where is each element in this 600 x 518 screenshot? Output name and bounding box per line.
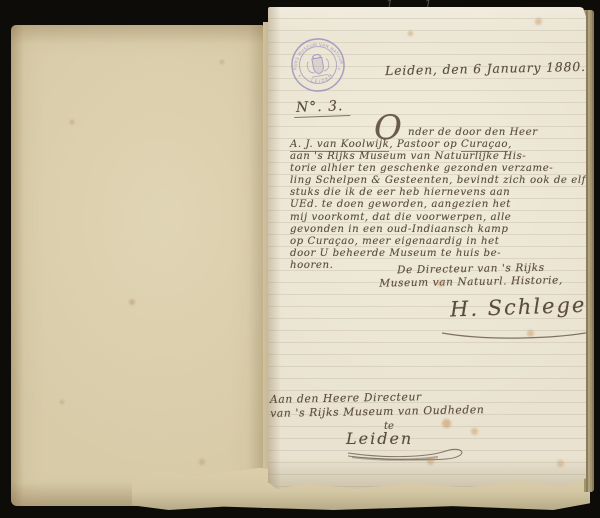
- opening-text: nder de door den Heer: [408, 127, 538, 138]
- letter-body: O nder de door den Heer A. J. van Koolwi…: [290, 115, 586, 272]
- blank-verso-page: [11, 25, 263, 506]
- city-underline-flourish: [328, 447, 478, 465]
- addressee-place: Curaçao: [461, 139, 508, 152]
- closing: De Directeur van 's Rijks Museum van Nat…: [364, 261, 578, 291]
- body-line: torie alhier ten geschenke gezonden verz…: [290, 163, 586, 175]
- stamp-bottom-text: LEIDEN: [308, 71, 336, 87]
- svg-text:LEIDEN: LEIDEN: [308, 71, 336, 87]
- address-block: Aan den Heere Directeur van 's Rijks Mus…: [270, 389, 485, 421]
- closing-line: Museum van Natuurl. Historie,: [364, 274, 578, 291]
- scanned-letter-photo: 1 1 RIJKS MUSEUM VAN NATUURLIJKE HISTORI…: [0, 0, 600, 518]
- foxing-spots: [408, 31, 413, 36]
- address-line: van 's Rijks Museum van Oudheden: [270, 403, 485, 421]
- dateline: Leiden, den 6 January 1880.: [385, 59, 585, 78]
- address-city: Leiden: [346, 429, 413, 448]
- signature-flourish: [438, 325, 600, 341]
- letter-page: RIJKS MUSEUM VAN NATUURLIJKE HISTORIE LE…: [268, 7, 586, 491]
- body-line: stuks die ik de eer heb hiernevens aan: [290, 187, 586, 199]
- signature: H. Schlegel: [450, 292, 596, 321]
- addressee-end: ,: [508, 139, 512, 150]
- body-line: aan 's Rijks Museum van Natuurlijke His-: [290, 151, 586, 163]
- body-line: gevonden in een oud-Indiaansch kamp: [290, 224, 586, 236]
- body-line: door U beheerde Museum te huis be-: [290, 248, 586, 260]
- body-line: ling Schelpen & Gesteenten, bevindt zich…: [290, 175, 586, 187]
- body-line: op Curaçao, meer eigenaardig in het: [290, 236, 586, 248]
- coat-of-arms-icon: [306, 53, 331, 78]
- museum-stamp: RIJKS MUSEUM VAN NATUURLIJKE HISTORIE LE…: [283, 30, 353, 100]
- foxing-spots-left: [70, 120, 74, 124]
- body-line: mij voorkomt, dat die voorwerpen, alle: [290, 212, 586, 224]
- body-opening-line: O nder de door den Heer: [290, 115, 586, 139]
- addressee-line: A. J. van Koolwijk, Pastoor op Curaçao,: [290, 139, 586, 151]
- body-line: UEd. te doen geworden, aangezien het: [290, 199, 586, 211]
- drop-cap: O: [374, 113, 402, 143]
